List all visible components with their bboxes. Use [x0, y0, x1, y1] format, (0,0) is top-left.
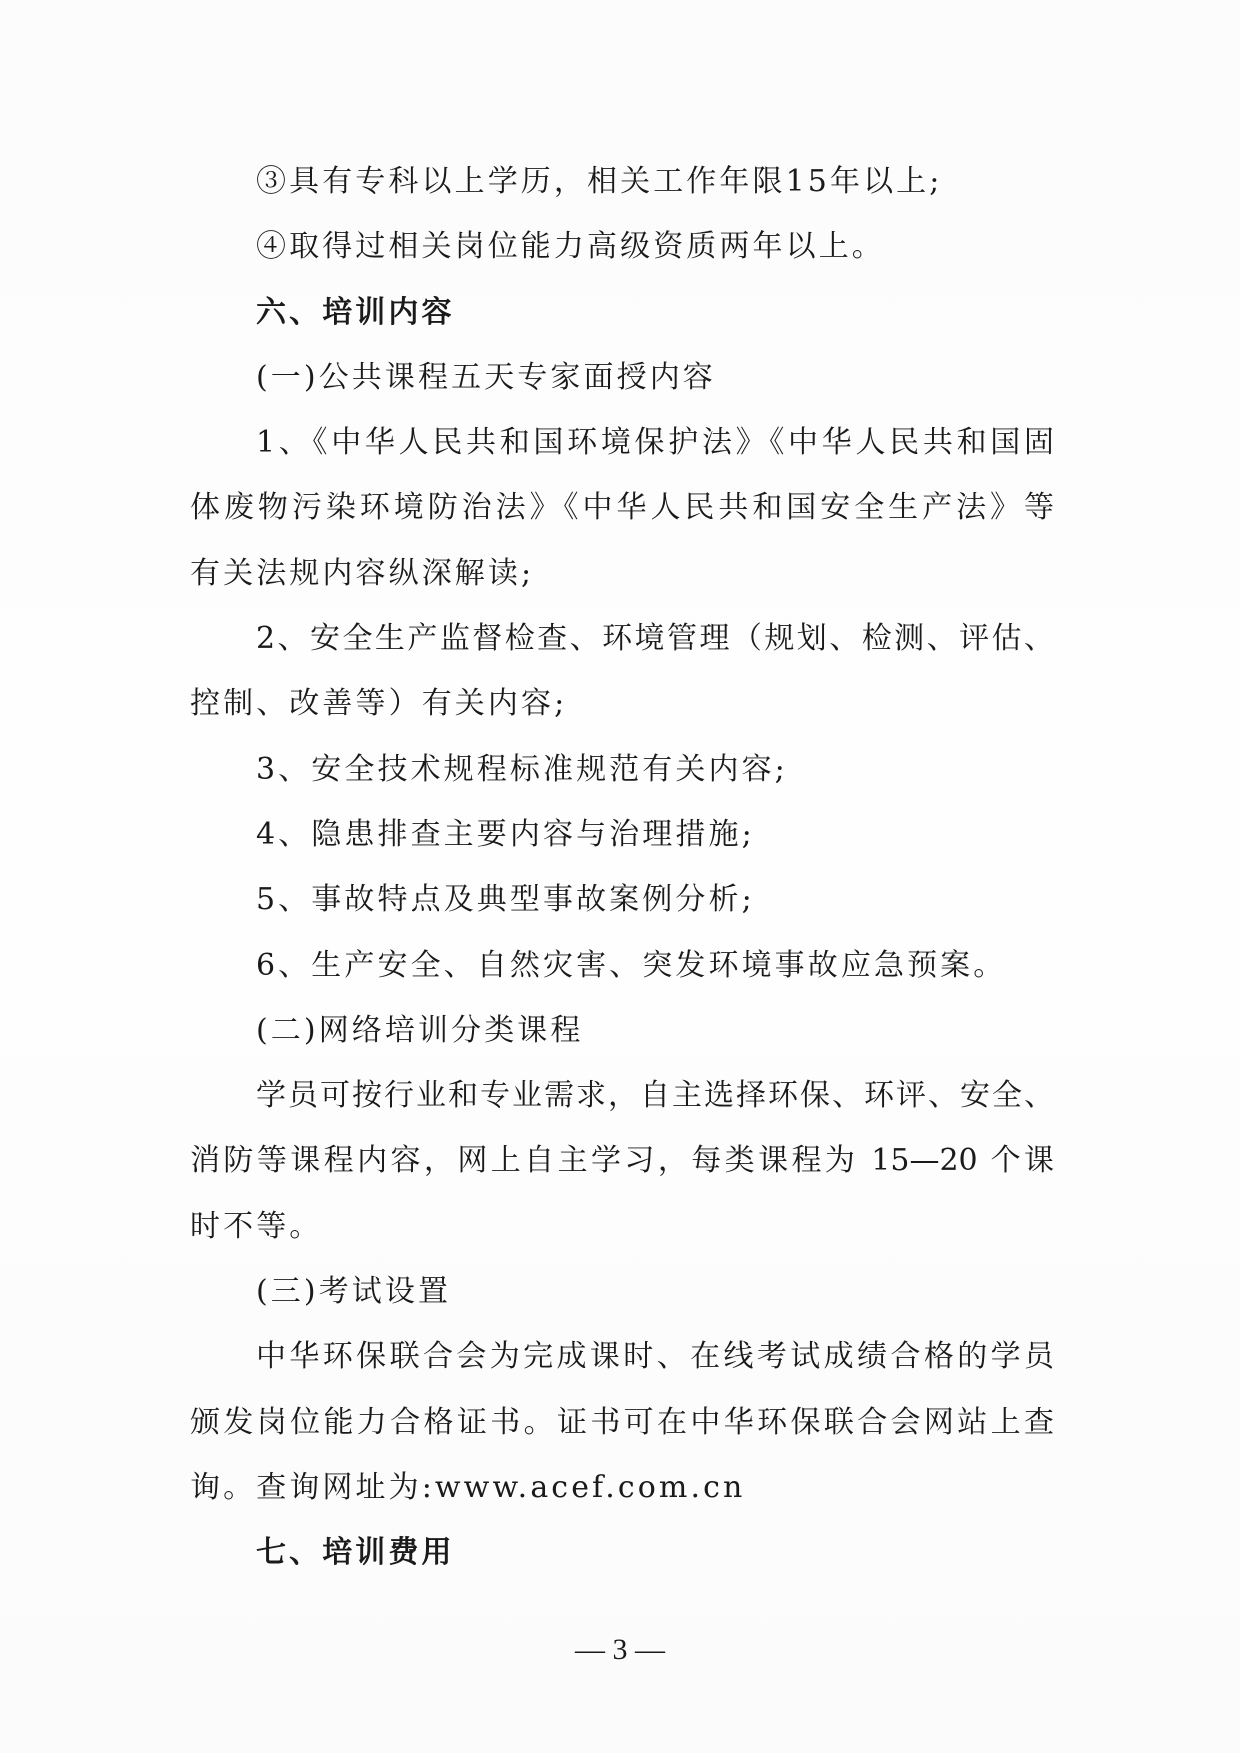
subsection-heading-public-courses: (一)公共课程五天专家面授内容 [190, 345, 1054, 410]
course-item-1-line-1: 1、《中华人民共和国环境保护法》《中华人民共和国固 [190, 410, 1054, 475]
online-courses-paragraph-line-3: 时不等。 [190, 1194, 1054, 1259]
document-page: ③具有专科以上学历，相关工作年限15年以上; ④取得过相关岗位能力高级资质两年以… [0, 0, 1240, 1753]
section-heading-training-content: 六、培训内容 [190, 280, 1054, 345]
course-item-1-line-2: 体废物污染环境防治法》《中华人民共和国安全生产法》等 [190, 475, 1054, 540]
requirement-item-4: ④取得过相关岗位能力高级资质两年以上。 [190, 214, 1054, 279]
document-body: ③具有专科以上学历，相关工作年限15年以上; ④取得过相关岗位能力高级资质两年以… [190, 149, 1054, 1586]
section-heading-training-fees: 七、培训费用 [190, 1520, 1054, 1585]
course-item-5: 5、事故特点及典型事故案例分析; [190, 867, 1054, 932]
page-number: — 3 — [0, 1630, 1240, 1670]
exam-paragraph-line-2: 颁发岗位能力合格证书。证书可在中华环保联合会网站上查 [190, 1390, 1054, 1455]
course-item-4: 4、隐患排查主要内容与治理措施; [190, 802, 1054, 867]
exam-paragraph-line-1: 中华环保联合会为完成课时、在线考试成绩合格的学员 [190, 1324, 1054, 1389]
online-courses-paragraph-line-2: 消防等课程内容，网上自主学习，每类课程为 15—20 个课 [190, 1128, 1054, 1193]
course-item-2-line-1: 2、安全生产监督检查、环境管理（规划、检测、评估、 [190, 606, 1054, 671]
requirement-item-3: ③具有专科以上学历，相关工作年限15年以上; [190, 149, 1054, 214]
course-item-2-line-2: 控制、改善等）有关内容; [190, 671, 1054, 736]
course-item-3: 3、安全技术规程标准规范有关内容; [190, 737, 1054, 802]
course-item-6: 6、生产安全、自然灾害、突发环境事故应急预案。 [190, 933, 1054, 998]
exam-paragraph-line-3: 询。查询网址为:www.acef.com.cn [190, 1455, 1054, 1520]
course-item-1-line-3: 有关法规内容纵深解读; [190, 541, 1054, 606]
subsection-heading-online-courses: (二)网络培训分类课程 [190, 998, 1054, 1063]
online-courses-paragraph-line-1: 学员可按行业和专业需求，自主选择环保、环评、安全、 [190, 1063, 1054, 1128]
subsection-heading-exam-setup: (三)考试设置 [190, 1259, 1054, 1324]
